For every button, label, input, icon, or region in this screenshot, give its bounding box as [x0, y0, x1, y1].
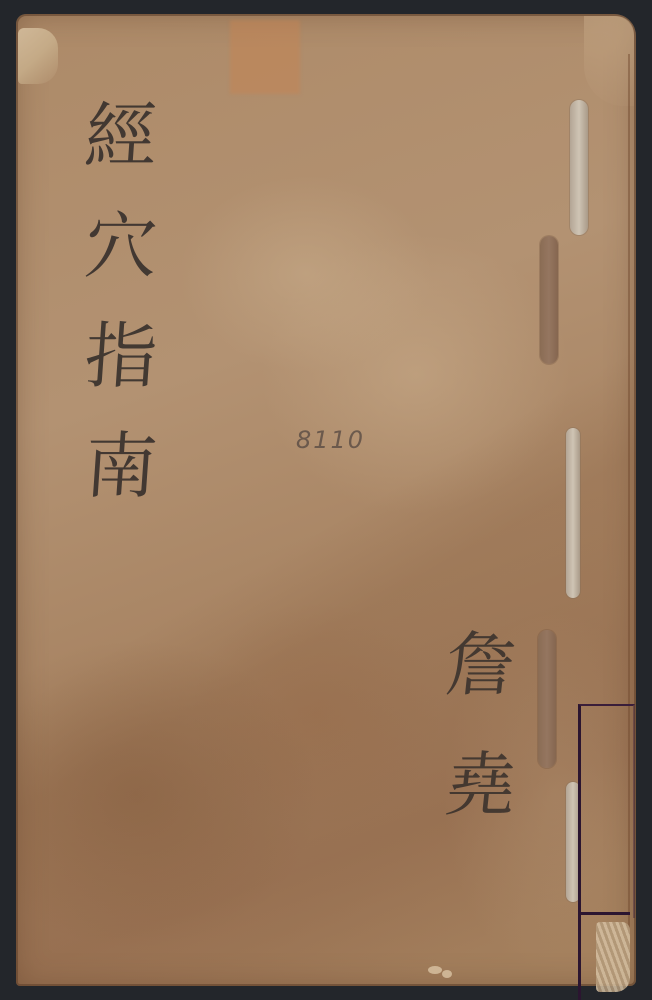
catalog-number: 8110 — [296, 426, 365, 454]
book-cover: 經 穴 指 南 8110 詹 堯 — [16, 14, 636, 986]
scanned-book-cover-scene: 經 穴 指 南 8110 詹 堯 — [0, 0, 652, 1000]
book-title: 經 穴 指 南 — [66, 100, 176, 502]
signature-char-2: 堯 — [442, 750, 519, 820]
paper-spot — [442, 970, 452, 978]
title-char-2: 穴 — [82, 210, 159, 282]
stitch-hole-2 — [540, 236, 558, 364]
worn-corner-top-left — [18, 28, 58, 84]
stitch-hole-1 — [570, 100, 588, 235]
binding-thread-lower — [578, 912, 630, 915]
binding-thread-frame — [578, 704, 635, 918]
paper-spot — [428, 966, 442, 974]
worn-corner-top-right — [584, 16, 634, 106]
title-char-3: 指 — [82, 320, 159, 392]
stitch-hole-4 — [538, 630, 556, 768]
frayed-corner-bottom-right — [596, 922, 630, 992]
stitch-hole-3 — [566, 428, 580, 598]
title-char-4: 南 — [82, 430, 159, 502]
signature-char-1: 詹 — [442, 630, 519, 700]
faded-seal-label — [230, 20, 300, 94]
owner-signature: 詹 堯 — [426, 630, 536, 820]
title-char-1: 經 — [82, 100, 159, 172]
binding-thread-tail — [578, 912, 581, 1000]
